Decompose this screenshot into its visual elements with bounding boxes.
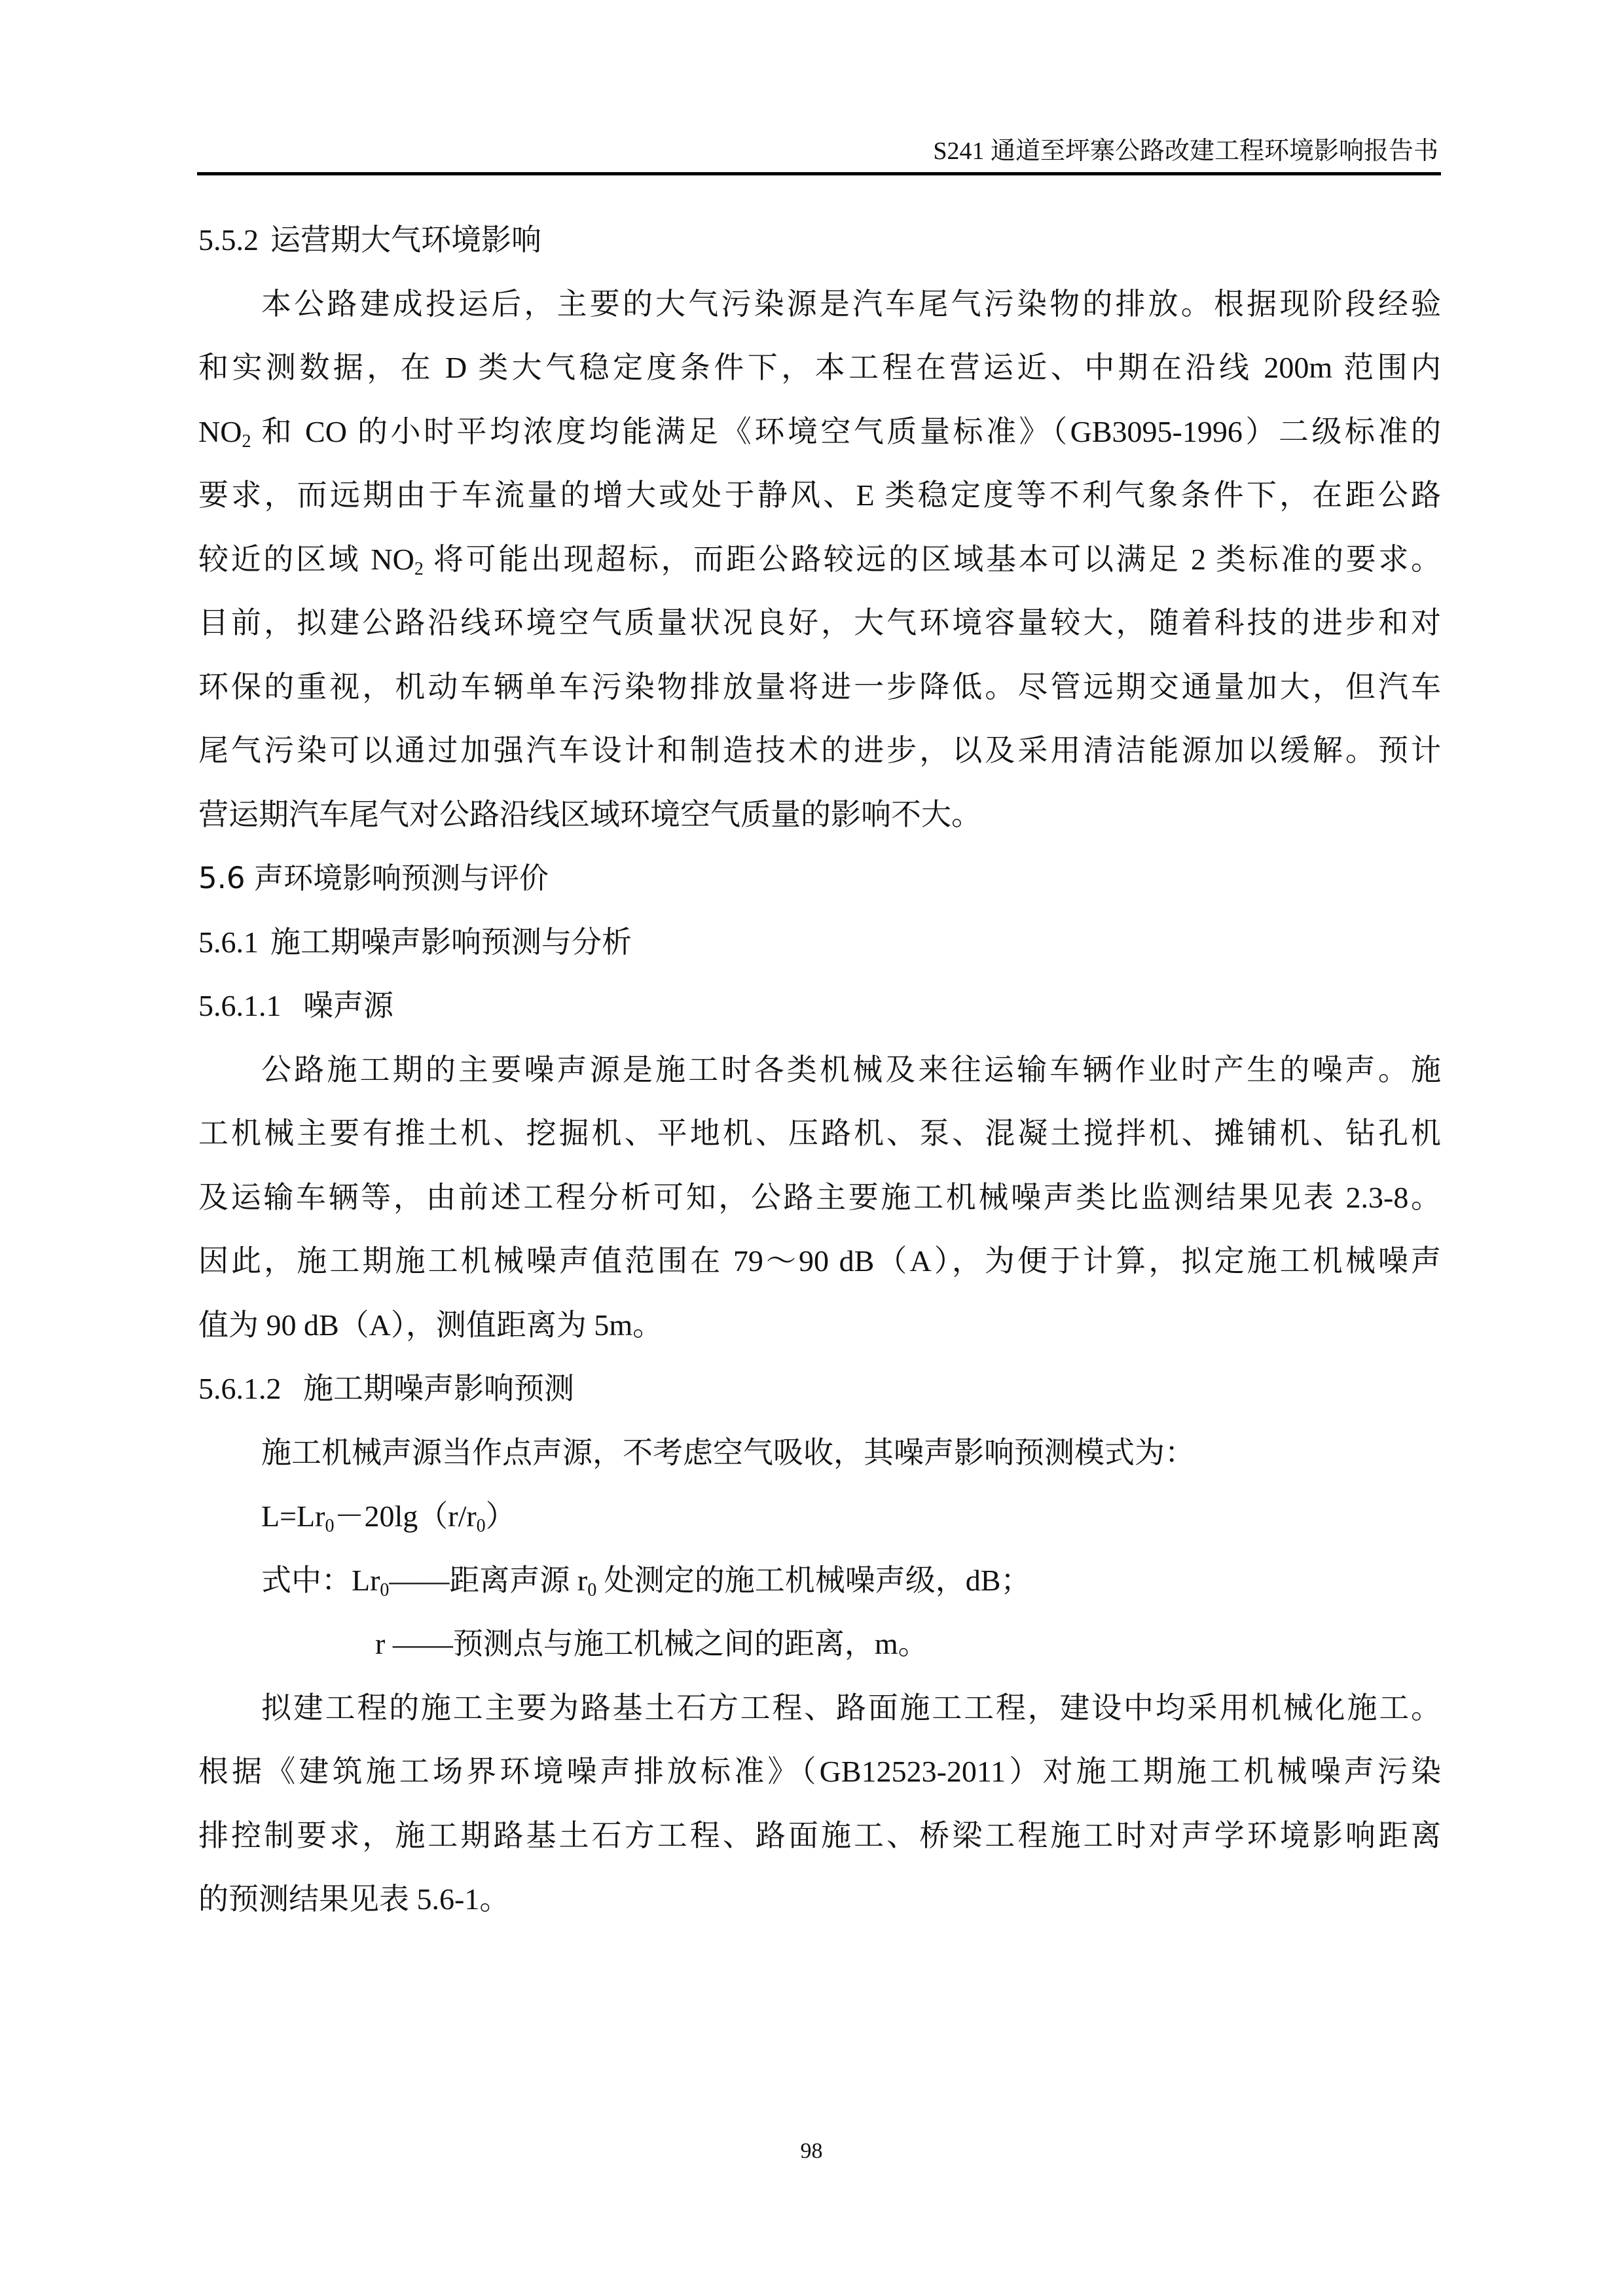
text-fragment: －20lg（r/r: [334, 1499, 476, 1533]
text-fragment: 式中：Lr: [261, 1564, 380, 1597]
text-fragment: L=Lr: [261, 1499, 325, 1533]
header-divider: [197, 172, 1441, 175]
section-heading-5-6: 5.6声环境影响预测与评价: [198, 846, 1441, 910]
paragraph-line: NO2 和 CO 的小时平均浓度均能满足《环境空气质量标准》（GB3095-19…: [198, 400, 1441, 464]
section-number: 5.6.1.1: [198, 974, 303, 1038]
subscript: 0: [477, 1516, 486, 1536]
formula-legend-line: r ——预测点与施工机械之间的距离，m。: [198, 1612, 1441, 1676]
section-heading-5-6-1: 5.6.1施工期噪声影响预测与分析: [198, 910, 1441, 975]
subscript: 0: [380, 1580, 389, 1600]
text-fragment: 将可能出现超标，而距公路较远的区域基本可以满足 2 类标准的要求。: [424, 543, 1441, 576]
section-heading-5-5-2: 5.5.2运营期大气环境影响: [198, 208, 1441, 272]
text-fragment: ——距离声源 r: [389, 1564, 587, 1597]
document-body: 5.5.2运营期大气环境影响 本公路建成投运后，主要的大气污染源是汽车尾气污染物…: [198, 208, 1441, 1931]
running-header: S241 通道至坪寨公路改建工程环境影响报告书: [197, 128, 1438, 174]
paragraph-line: 根据《建筑施工场界环境噪声排放标准》（GB12523-2011）对施工期施工机械…: [198, 1740, 1441, 1804]
subscript: 0: [587, 1580, 596, 1600]
section-heading-5-6-1-2: 5.6.1.2施工期噪声影响预测: [198, 1357, 1441, 1421]
section-number: 5.5.2: [198, 208, 270, 272]
paragraph-line: 因此，施工期施工机械噪声值范围在 79～90 dB（A），为便于计算，拟定施工机…: [198, 1229, 1441, 1293]
paragraph-line: 目前，拟建公路沿线环境空气质量状况良好，大气环境容量较大，随着科技的进步和对: [198, 591, 1441, 655]
paragraph-line: 本公路建成投运后，主要的大气污染源是汽车尾气污染物的排放。根据现阶段经验: [198, 272, 1441, 336]
section-number: 5.6.1: [198, 910, 270, 975]
paragraph-line: 要求，而远期由于车流量的增大或处于静风、E 类稳定度等不利气象条件下，在距公路: [198, 463, 1441, 528]
paragraph-line: 尾气污染可以通过加强汽车设计和制造技术的进步，以及采用清洁能源加以缓解。预计: [198, 719, 1441, 783]
paragraph-line: 排控制要求，施工期路基土石方工程、路面施工、桥梁工程施工时对声学环境影响距离: [198, 1804, 1441, 1868]
text-fragment: ）: [486, 1499, 516, 1533]
subscript: 2: [242, 431, 251, 452]
text-fragment: 和 CO 的小时平均浓度均能满足《环境空气质量标准》（GB3095-1996）二…: [251, 415, 1441, 448]
paragraph-line: 拟建工程的施工主要为路基土石方工程、路面施工工程，建设中均采用机械化施工。: [198, 1676, 1441, 1740]
page-number: 98: [0, 2139, 1623, 2164]
paragraph-line: 的预测结果见表 5.6-1。: [198, 1867, 1441, 1931]
paragraph-line: 施工机械声源当作点声源，不考虑空气吸收，其噪声影响预测模式为：: [198, 1421, 1441, 1485]
subscript: 2: [414, 559, 424, 579]
paragraph-line: 较近的区域 NO2 将可能出现超标，而距公路较远的区域基本可以满足 2 类标准的…: [198, 528, 1441, 592]
section-title: 施工期噪声影响预测: [303, 1372, 574, 1405]
section-title: 噪声源: [303, 989, 393, 1022]
section-title: 施工期噪声影响预测与分析: [270, 925, 632, 959]
paragraph-line: 营运期汽车尾气对公路沿线区域环境空气质量的影响不大。: [198, 783, 1441, 847]
section-number: 5.6.1.2: [198, 1357, 303, 1421]
section-title: 运营期大气环境影响: [270, 223, 541, 257]
text-fragment: 较近的区域 NO: [198, 543, 414, 576]
section-title: 声环境影响预测与评价: [254, 861, 549, 895]
paragraph-line: 工机械主要有推土机、挖掘机、平地机、压路机、泵、混凝土搅拌机、摊铺机、钻孔机: [198, 1102, 1441, 1166]
paragraph-line: 环保的重视，机动车辆单车污染物排放量将进一步降低。尽管远期交通量加大，但汽车: [198, 655, 1441, 719]
text-fragment: NO: [198, 415, 242, 448]
paragraph-line: 和实测数据，在 D 类大气稳定度条件下，本工程在营运近、中期在沿线 200m 范…: [198, 336, 1441, 400]
subscript: 0: [325, 1516, 334, 1536]
paragraph-line: 及运输车辆等，由前述工程分析可知，公路主要施工机械噪声类比监测结果见表 2.3-…: [198, 1166, 1441, 1230]
section-number: 5.6: [198, 846, 254, 910]
formula-legend-line: 式中：Lr0——距离声源 r0 处测定的施工机械噪声级，dB；: [198, 1549, 1441, 1613]
paragraph-line: 值为 90 dB（A），测值距离为 5m。: [198, 1293, 1441, 1357]
formula: L=Lr0－20lg（r/r0）: [198, 1484, 1441, 1549]
paragraph-line: 公路施工期的主要噪声源是施工时各类机械及来往运输车辆作业时产生的噪声。施: [198, 1038, 1441, 1102]
text-fragment: 处测定的施工机械噪声级，dB；: [596, 1564, 1030, 1597]
section-heading-5-6-1-1: 5.6.1.1噪声源: [198, 974, 1441, 1038]
